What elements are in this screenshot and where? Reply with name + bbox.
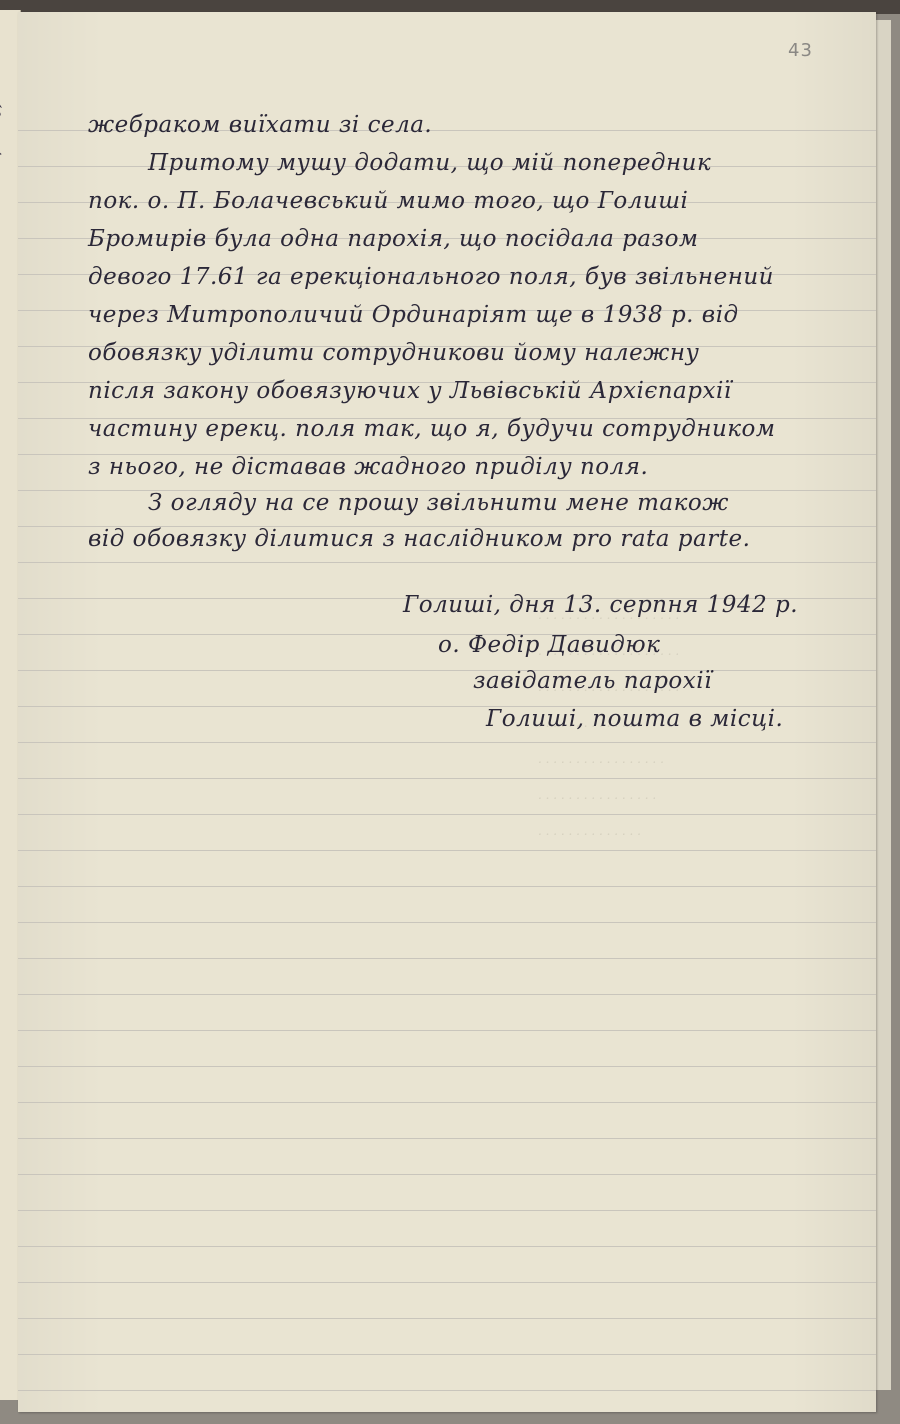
body-line-10: з нього, не діставав жадного приділу пол… [88,454,648,480]
ruled-line [18,1102,876,1103]
margin-fragment: бо [0,100,5,120]
ruled-line [18,1138,876,1139]
ruled-line [18,778,876,779]
ruled-line [18,1246,876,1247]
body-line-7: обовязку уділити сотрудникови йому належ… [88,340,699,366]
body-line-6: через Митрополичий Ординаріят ще в 1938 … [88,302,739,328]
ruled-line [18,1066,876,1067]
ruled-line [18,1390,876,1391]
ruled-line [18,1030,876,1031]
ruled-line [18,1354,876,1355]
ruled-line [18,850,876,851]
margin-fragment: і [0,175,1,184]
page-number: 43 [788,40,813,61]
ruled-line [18,994,876,995]
body-line-9: частину ерекц. поля так, що я, будучи со… [88,416,775,442]
document-page: 43 . . . . . . . . . . . . . . . . . . .… [18,12,876,1412]
body-line-2: Притому мушу додати, що мій попередник [148,150,711,176]
ruled-line [18,958,876,959]
margin-fragment: ну [0,138,6,158]
ruled-line [18,1318,876,1319]
bleed-through-text: . . . . . . . . . . . . . . . . . . . . … [538,597,858,1047]
body-line-5: девого 17.61 га ерекціонального поля, бу… [88,264,774,290]
signature: о. Федір Давидюк [438,632,660,658]
body-line-12: від обовязку ділитися з наслідником pro … [88,526,750,552]
ruled-line [18,922,876,923]
ruled-line [18,562,876,563]
signer-title: завідатель парохії [473,668,712,694]
ruled-line [18,670,876,671]
ruled-line [18,1210,876,1211]
ruled-line [18,886,876,887]
ruled-line [18,1174,876,1175]
ruled-line [18,814,876,815]
body-line-8: після закону обовязуючих у Львівській Ар… [88,378,732,404]
place-and-date: Голиші, дня 13. серпня 1942 р. [403,592,798,618]
body-line-1: жебраком виїхати зі села. [88,112,432,138]
body-line-4: Бромирів була одна парохія, що посідала … [88,226,698,252]
signer-address: Голиші, пошта в місці. [486,706,783,732]
ruled-line [18,742,876,743]
body-line-3: пок. о. П. Болачевський мимо того, що Го… [88,188,688,214]
ruled-line [18,1282,876,1283]
body-line-11: З огляду на се прошу звільнити мене тако… [148,490,729,516]
